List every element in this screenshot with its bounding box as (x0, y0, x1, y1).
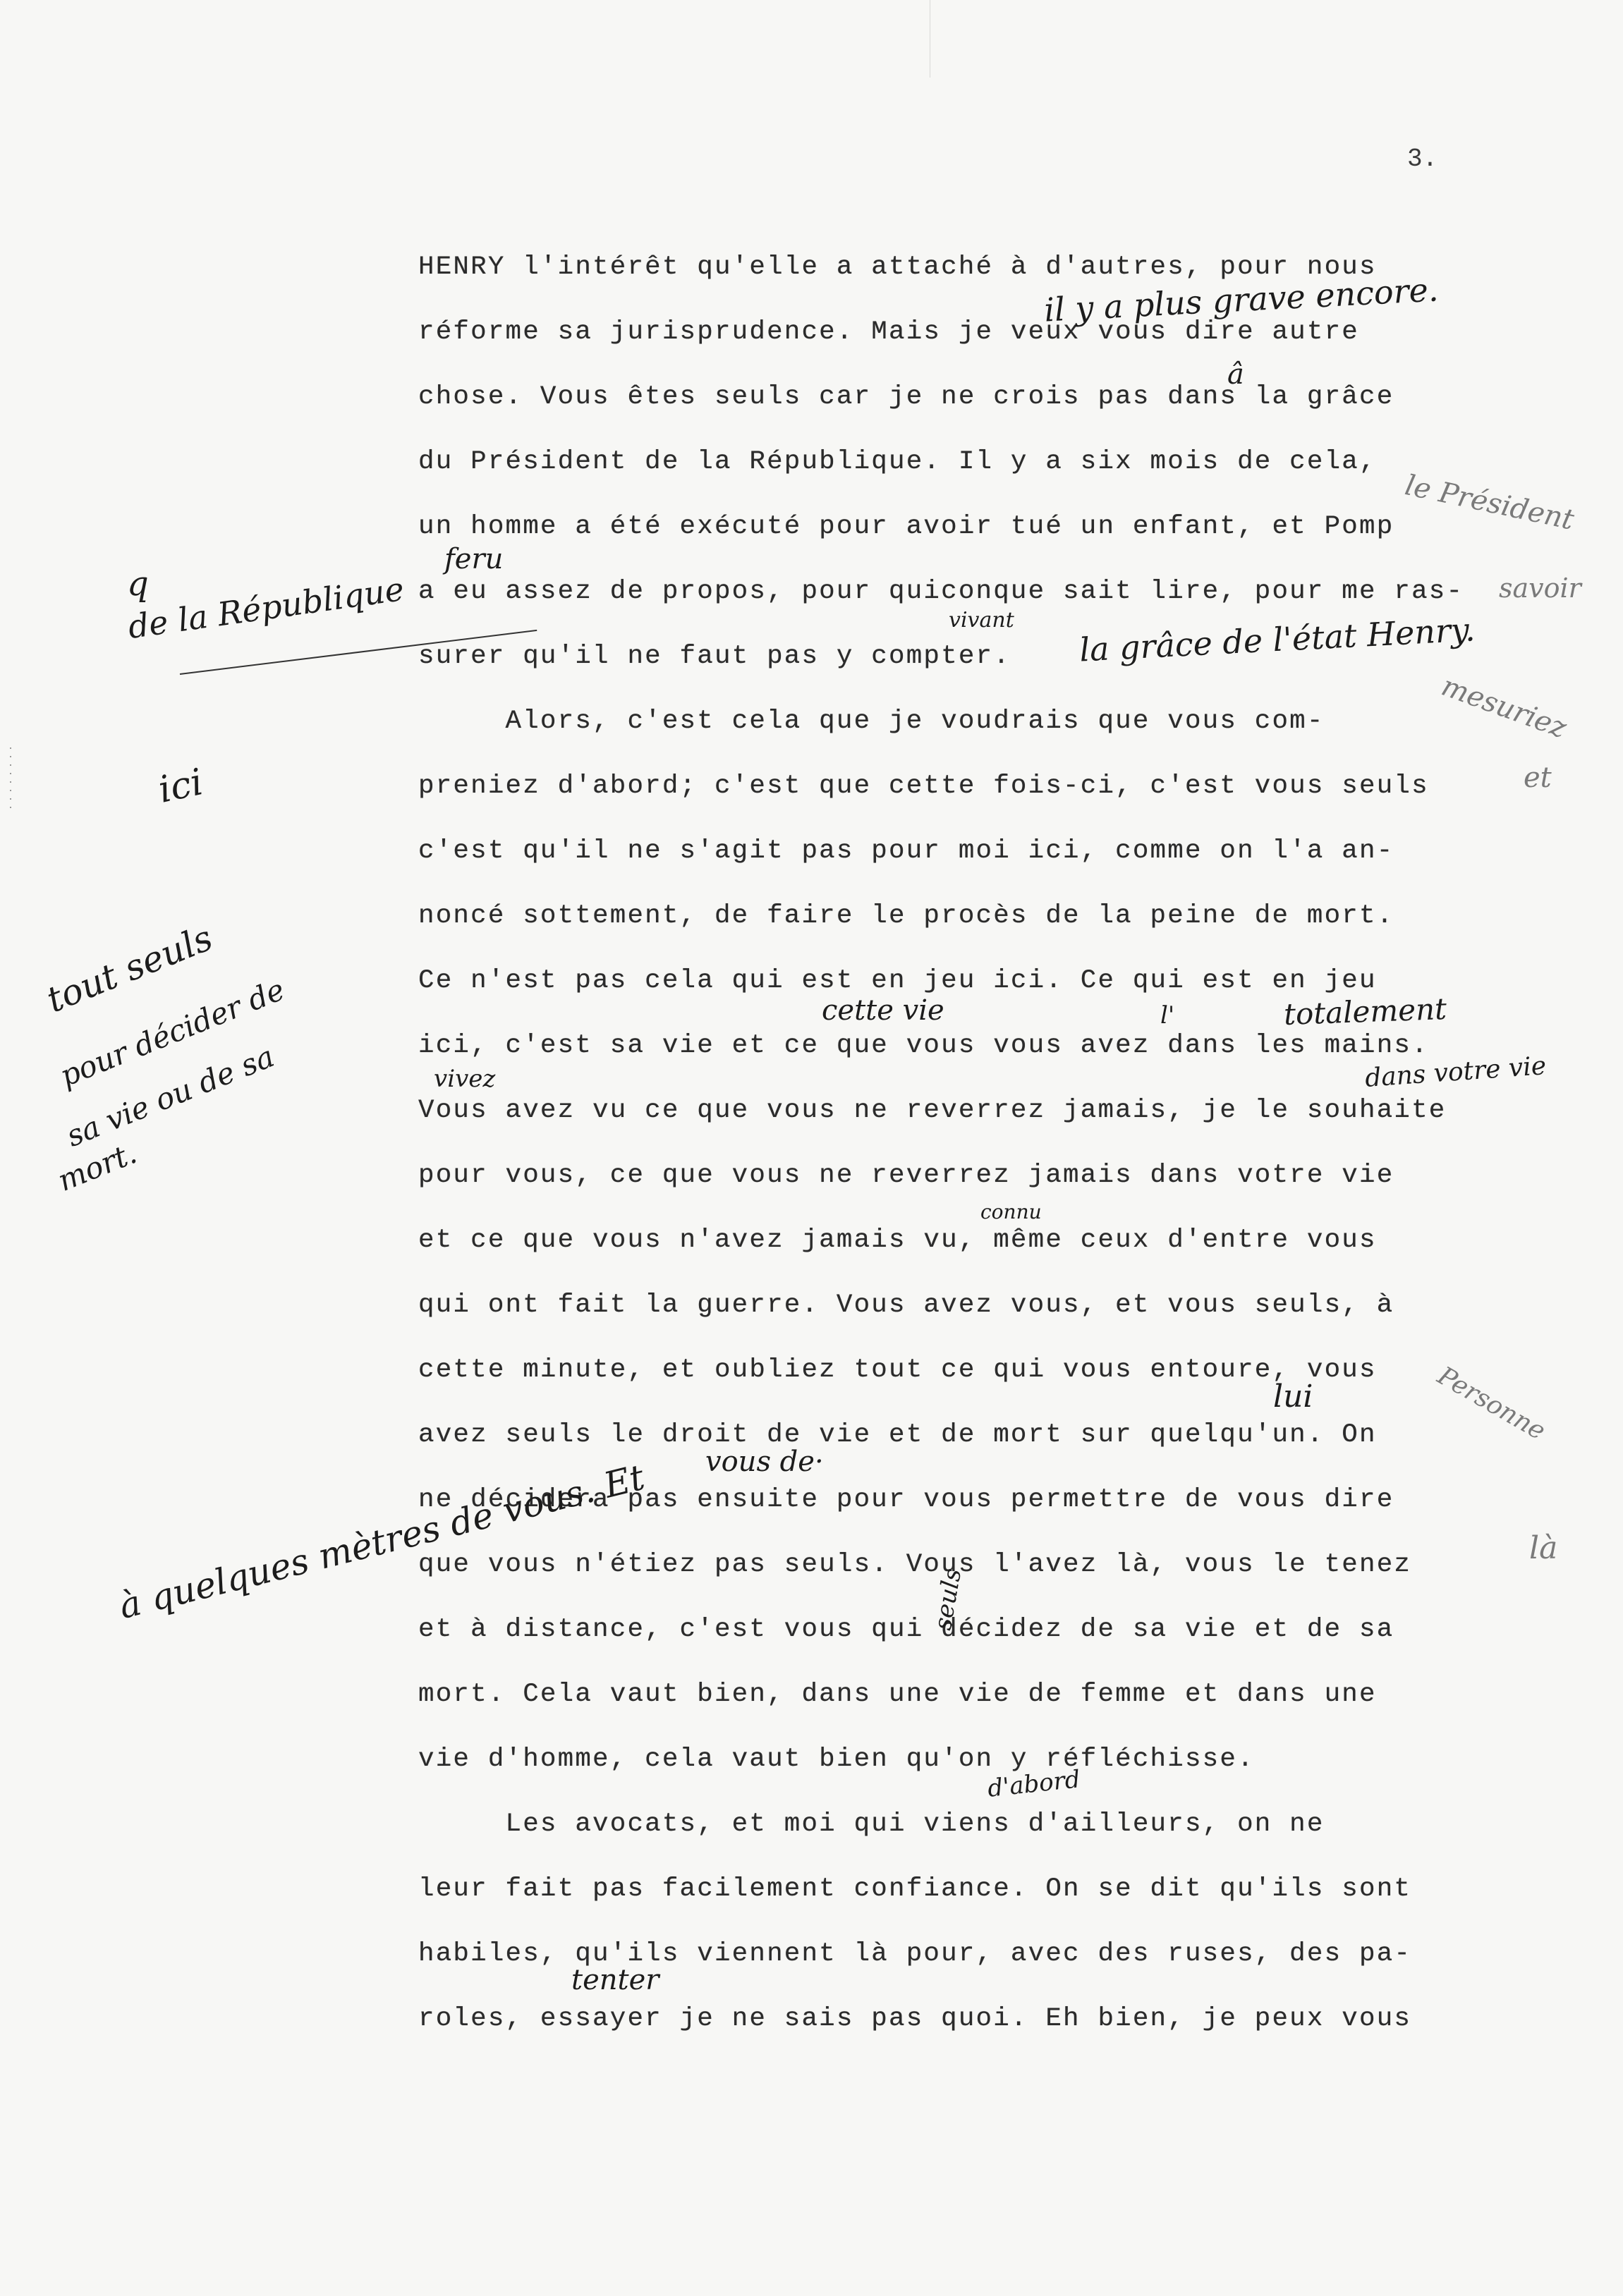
typed-line: que vous n'étiez pas seuls. Vous l'avez … (418, 1550, 1411, 1580)
typed-line: du Président de la République. Il y a si… (418, 447, 1377, 477)
typed-line: réforme sa jurisprudence. Mais je veux v… (418, 317, 1359, 347)
typed-line: mort. Cela vaut bien, dans une vie de fe… (418, 1680, 1377, 1709)
handwritten-correction: tenter (571, 1964, 659, 1996)
typed-line: c'est qu'il ne s'agit pas pour moi ici, … (418, 836, 1394, 866)
typed-line: noncé sottement, de faire le procès de l… (418, 901, 1394, 931)
typed-line: chose. Vous êtes seuls car je ne crois p… (418, 382, 1394, 412)
typed-line: et ce que vous n'avez jamais vu, même ce… (418, 1226, 1377, 1255)
typed-line: Vous avez vu ce que vous ne reverrez jam… (418, 1096, 1447, 1125)
typed-line: HENRY l'intérêt qu'elle a attaché à d'au… (418, 252, 1377, 282)
margin-note: ici (154, 761, 207, 812)
handwritten-correction: connu (980, 1200, 1042, 1223)
typed-line: Alors, c'est cela que je voudrais que vo… (418, 707, 1325, 736)
typed-line: avez seuls le droit de vie et de mort su… (418, 1420, 1377, 1450)
handwritten-correction: vivez (434, 1065, 495, 1093)
handwritten-correction: lui (1273, 1379, 1313, 1415)
handwritten-correction: savoir (1499, 573, 1581, 604)
handwritten-correction: vivant (949, 608, 1014, 633)
typed-line: un homme a été exécuté pour avoir tué un… (418, 512, 1394, 542)
handwritten-correction: totalement (1283, 991, 1447, 1032)
handwritten-correction: vous de· (705, 1446, 824, 1478)
typed-line: cette minute, et oubliez tout ce qui vou… (418, 1355, 1377, 1385)
typed-line: qui ont fait la guerre. Vous avez vous, … (418, 1290, 1394, 1320)
typed-line: Ce n'est pas cela qui est en jeu ici. Ce… (418, 966, 1377, 996)
typed-line: preniez d'abord; c'est que cette fois-ci… (418, 771, 1429, 801)
handwritten-correction: là (1529, 1530, 1557, 1566)
typed-line: pour vous, ce que vous ne reverrez jamai… (418, 1161, 1394, 1190)
typed-line: et à distance, c'est vous qui décidez de… (418, 1615, 1394, 1644)
typed-body: HENRY l'intérêt qu'elle a attaché à d'au… (0, 0, 1623, 2296)
handwritten-correction: et (1524, 762, 1552, 794)
typed-line: ici, c'est sa vie et ce que vous vous av… (418, 1031, 1429, 1061)
margin-note: q (127, 564, 149, 604)
typed-line: leur fait pas facilement confiance. On s… (418, 1874, 1411, 1904)
handwritten-correction: feru (444, 543, 503, 575)
handwritten-correction: cette vie (822, 994, 944, 1027)
typed-line: a eu assez de propos, pour quiconque sai… (418, 577, 1464, 606)
handwritten-correction: â (1227, 358, 1244, 391)
typed-line: vie d'homme, cela vaut bien qu'on y réfl… (418, 1745, 1255, 1774)
typed-line: habiles, qu'ils viennent là pour, avec d… (418, 1939, 1411, 1969)
handwritten-correction: l' (1160, 1001, 1174, 1030)
typed-line: roles, essayer je ne sais pas quoi. Eh b… (418, 2004, 1411, 2034)
typed-line: Les avocats, et moi qui viens d'ailleurs… (418, 1809, 1325, 1839)
typed-line: surer qu'il ne faut pas y compter. (418, 642, 1011, 671)
